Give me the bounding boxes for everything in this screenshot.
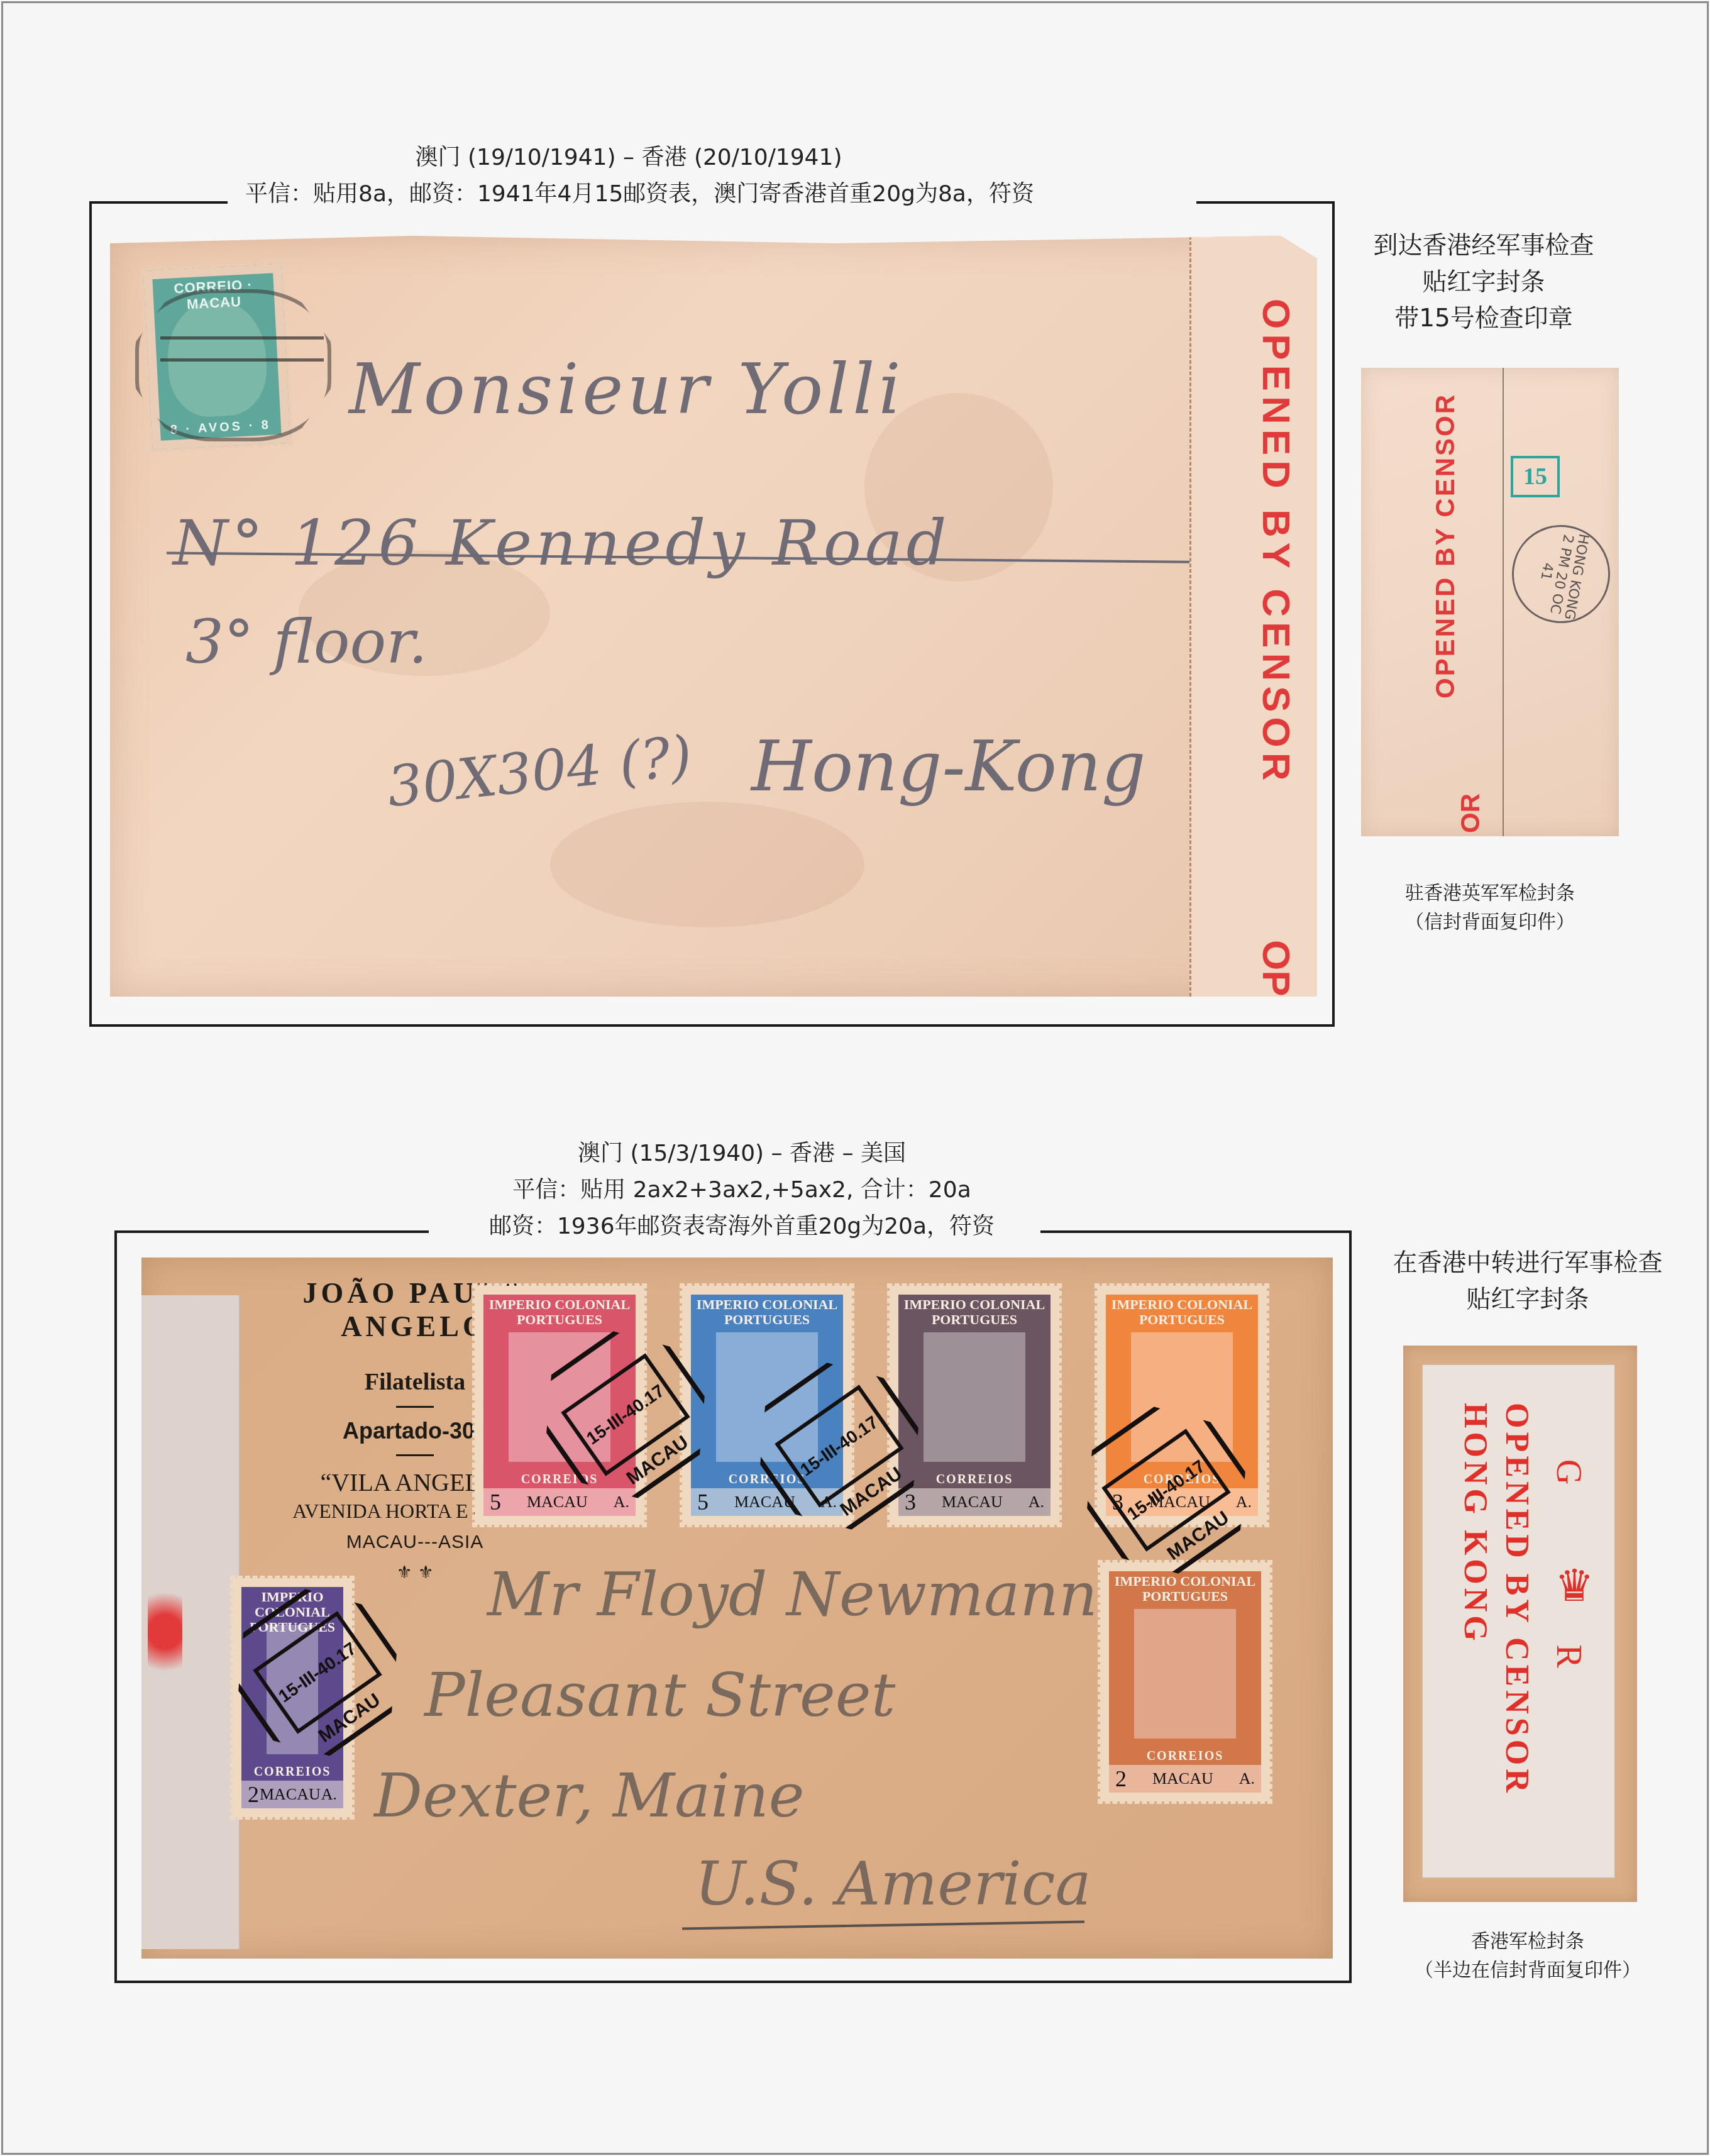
address-line-5: Hong-Kong — [751, 726, 1145, 807]
stamp-value: 5 — [697, 1489, 709, 1515]
stamp-country: MACAU — [527, 1493, 588, 1512]
stamp-header: IMPERIO COLONIAL PORTUGUES — [691, 1297, 843, 1327]
censor-label: OPENED BY CENSOR HONG KONG G R ♛ — [1422, 1364, 1615, 1878]
side-caption-line: 贴红字封条 — [1352, 264, 1616, 301]
stamp-footer: 3 MACAU A. — [898, 1488, 1051, 1516]
stamp-band: CORREIOS — [898, 1473, 1051, 1487]
side-caption-line: 在香港中转进行军事检查 — [1364, 1245, 1691, 1281]
stamp-2a-rust: IMPERIO COLONIAL PORTUGUES CORREIOS 2 MA… — [1100, 1562, 1270, 1801]
back-censor-tape-fragment: OR — [1455, 793, 1486, 833]
stamp-footer: 2 MACAU A. — [241, 1781, 343, 1808]
side-caption-line: 到达香港经军事检查 — [1352, 228, 1616, 264]
stamp-3a-brown: IMPERIO COLONIAL PORTUGUES CORREIOS 3 MA… — [890, 1286, 1059, 1525]
stamp-value: 5 — [490, 1489, 501, 1515]
item2-franking: 平信：贴用 2ax2+3ax2,+5ax2, 合计：20a — [427, 1172, 1056, 1208]
stamp-value: 2 — [248, 1781, 259, 1808]
frame1-bottom — [89, 1024, 1335, 1027]
item2-rate: 邮资：1936年邮资表寄海外首重20g为20a，符资 — [427, 1208, 1056, 1245]
frame2-top-left — [114, 1230, 429, 1233]
item1-side-caption: 到达香港经军事检查 贴红字封条 带15号检查印章 — [1352, 228, 1616, 337]
frame1-top-left — [89, 201, 228, 204]
address-line-4: U.S. America — [695, 1849, 1091, 1919]
envelope-1-front: CORREIO · MACAU 8 · AVOS · 8 Monsieur Yo… — [110, 236, 1317, 997]
item2-caption: 澳门 (15/3/1940) – 香港 – 美国 平信：贴用 2ax2+3ax2… — [427, 1136, 1056, 1245]
censor-tape-text: OPENED BY CENSOR — [1223, 299, 1298, 786]
stamp-country: MACAU — [942, 1493, 1003, 1512]
stamp-footer: 2 MACAU A. — [1109, 1765, 1261, 1793]
stamp-header: IMPERIO COLONIAL PORTUGUES — [483, 1297, 636, 1327]
address-line-3: 3° floor. — [185, 607, 427, 677]
stamp-unit: A. — [321, 1785, 337, 1804]
stamp-unit: A. — [614, 1493, 629, 1512]
side-note-line: 驻香港英军军检封条 — [1352, 879, 1628, 908]
sender-city: MACAU---ASIA — [239, 1532, 591, 1553]
envelope-1-back-image: OPENED BY CENSOR OR 15 HONG KONG 2 PM 20… — [1361, 368, 1619, 836]
stamp-band: CORREIOS — [241, 1765, 343, 1779]
left-censor-tape — [141, 1295, 240, 1949]
side-caption-line: 带15号检查印章 — [1352, 301, 1616, 337]
frame1-right — [1332, 201, 1335, 1027]
address-line-1: Mr Floyd Newmann — [487, 1559, 1098, 1630]
envelope-flap-edge — [1503, 368, 1504, 836]
frame1-top-right — [1196, 201, 1335, 204]
divider — [396, 1406, 434, 1408]
side-caption-line: 贴红字封条 — [1364, 1281, 1691, 1318]
side-note-line: 香港军检封条 — [1377, 1927, 1679, 1956]
address-line-1: Monsieur Yolli — [349, 349, 905, 429]
stamp-header: IMPERIO COLONIAL PORTUGUES — [1109, 1574, 1261, 1604]
item1-caption: 澳门 (19/10/1941) – 香港 (20/10/1941) 平信：贴用8… — [251, 140, 1006, 213]
stamp-country: MACAU — [260, 1785, 321, 1804]
postmark-bars — [160, 336, 324, 393]
address-line-2: Pleasant Street — [424, 1660, 895, 1730]
vasco-da-gama-vignette — [1134, 1609, 1236, 1739]
item1-side-note: 驻香港英军军检封条 （信封背面复印件） — [1352, 879, 1628, 937]
frame2-top-right — [1040, 1230, 1352, 1233]
address-line-2: N° 126 Kennedy Road — [173, 506, 951, 580]
back-censor-tape-text: OPENED BY CENSOR — [1430, 393, 1460, 699]
address-underline — [682, 1920, 1084, 1930]
censor-label-line: OPENED BY CENSOR — [1496, 1403, 1537, 1796]
stamp-value: 2 — [1115, 1766, 1127, 1792]
hong-kong-censor-label-image: OPENED BY CENSOR HONG KONG G R ♛ — [1403, 1346, 1637, 1902]
stamp-value: 3 — [905, 1489, 916, 1515]
frame1-left — [89, 201, 92, 1027]
side-note-line: （半边在信封背面复印件） — [1377, 1956, 1679, 1985]
item2-route: 澳门 (15/3/1940) – 香港 – 美国 — [427, 1136, 1056, 1172]
frame2-left — [114, 1230, 117, 1983]
side-note-line: （信封背面复印件） — [1352, 908, 1628, 937]
vasco-da-gama-vignette — [924, 1332, 1025, 1462]
censor-number-box: 15 — [1511, 456, 1560, 497]
envelope-2-front: JOÃO PAULO ANGELO Filatelista Apartado-3… — [141, 1258, 1333, 1959]
item1-route: 澳门 (19/10/1941) – 香港 (20/10/1941) — [251, 140, 1006, 176]
frame2-right — [1349, 1230, 1352, 1983]
stamp-band: CORREIOS — [1109, 1749, 1261, 1764]
crown-icon: ♛ — [1555, 1560, 1594, 1611]
stamp-unit: A. — [1239, 1769, 1255, 1788]
item2-side-caption: 在香港中转进行军事检查 贴红字封条 — [1364, 1245, 1691, 1318]
censor-label-line: HONG KONG — [1454, 1403, 1496, 1796]
crown-crest-icon — [148, 1578, 182, 1685]
stamp-unit: A. — [1029, 1493, 1044, 1512]
censor-label-text: OPENED BY CENSOR HONG KONG — [1454, 1403, 1537, 1796]
censor-tape-fragment: OP — [1254, 940, 1298, 997]
item2-side-note: 香港军检封条 （半边在信封背面复印件） — [1377, 1927, 1679, 1985]
hong-kong-arrival-postmark: HONG KONG 2 PM 20 OC 41 — [1504, 517, 1618, 631]
stamp-country: MACAU — [1152, 1769, 1213, 1788]
item1-rate: 平信：贴用8a，邮资：1941年4月15邮资表，澳门寄香港首重20g为8a，符资 — [245, 176, 1006, 213]
address-line-4: 30X304 (?) — [384, 723, 695, 819]
frame2-bottom — [114, 1981, 1352, 1983]
stamp-header: IMPERIO COLONIAL PORTUGUES — [898, 1297, 1051, 1327]
stamp-header: IMPERIO COLONIAL PORTUGUES — [1106, 1297, 1258, 1327]
divider — [396, 1454, 434, 1456]
address-line-3: Dexter, Maine — [374, 1761, 805, 1831]
stamp-footer: 5 MACAU A. — [483, 1488, 636, 1516]
